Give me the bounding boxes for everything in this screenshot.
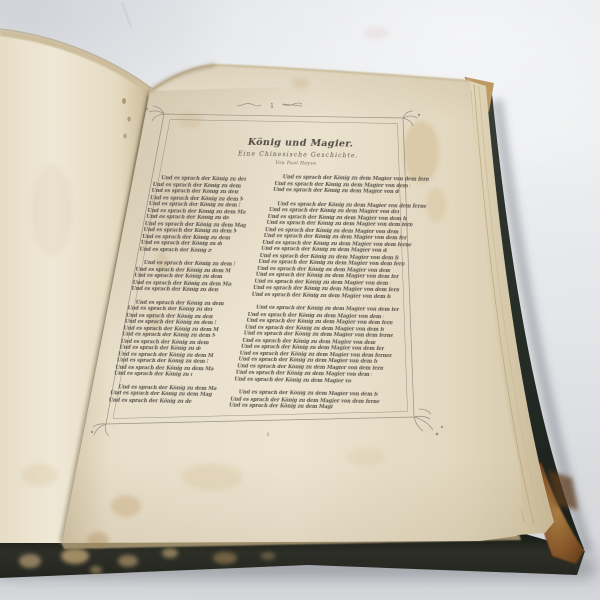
page-number: 1: [270, 103, 274, 110]
photograph-of-open-book: 1 1 König und Magier. Eine Chinesische G…: [0, 0, 600, 600]
book-artwork: 1 1: [0, 0, 600, 600]
background-crease: [122, 2, 131, 27]
background-smudge: [364, 27, 390, 39]
signature-mark: 1: [266, 432, 269, 438]
